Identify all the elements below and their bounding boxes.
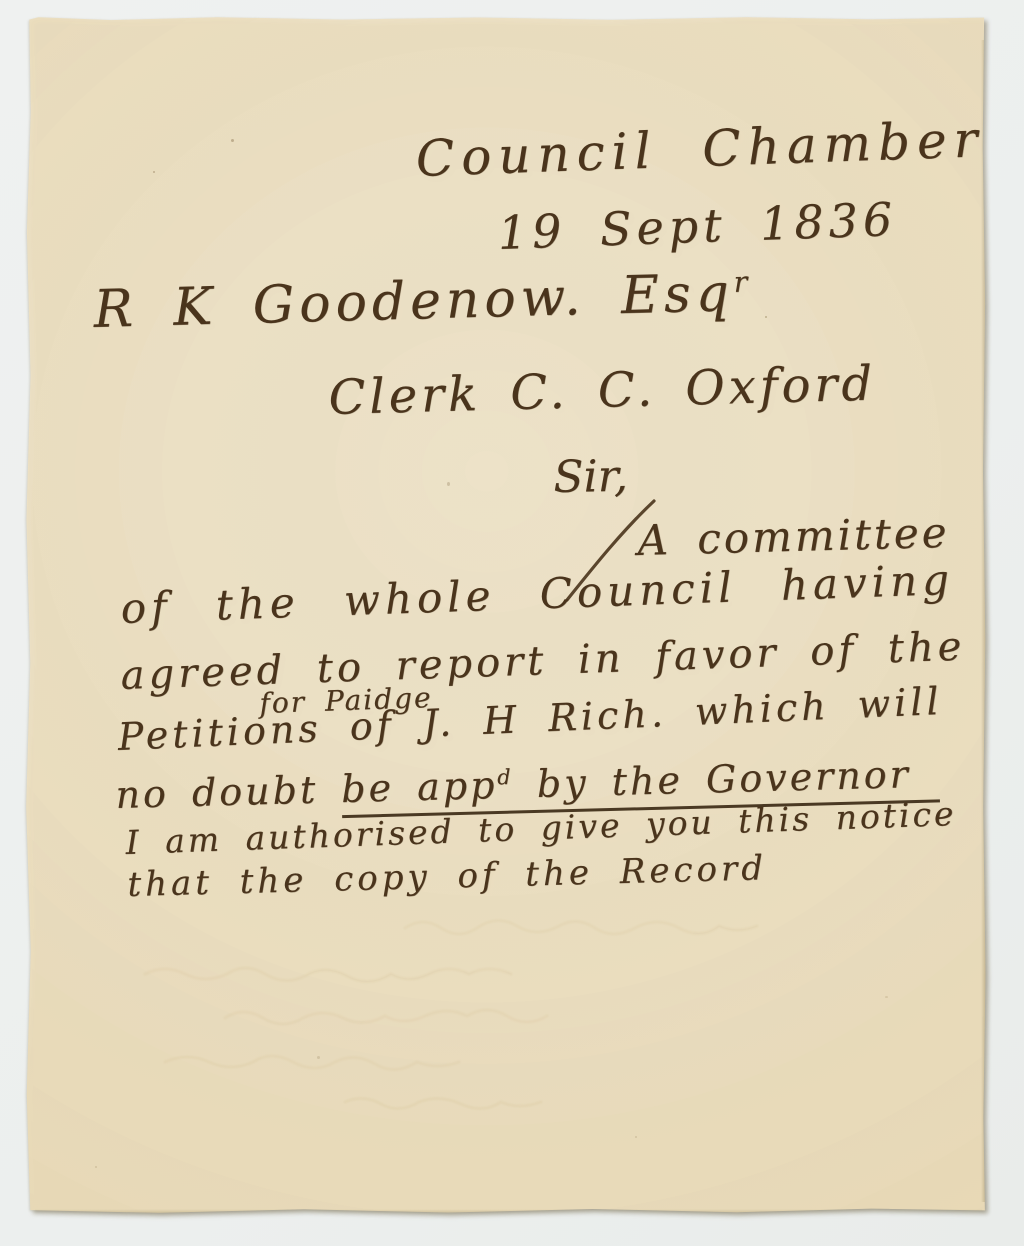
paper-edge-shadow-right	[981, 40, 987, 1202]
ink-speck	[231, 139, 234, 142]
ink-speck	[95, 1166, 97, 1168]
paper-edge-shadow-bottom	[35, 1209, 983, 1214]
ink-speck	[635, 1136, 637, 1138]
paper-sheet-wrapper: Council Chamber 19 Sept 1836 R K Goodeno…	[25, 16, 987, 1214]
ink-speck	[317, 1056, 320, 1059]
verso-bleedthrough-marks	[25, 16, 987, 1214]
ink-speck	[447, 482, 450, 486]
ink-speck	[153, 171, 155, 173]
ink-speck	[885, 996, 888, 998]
scanned-letter-page: Council Chamber 19 Sept 1836 R K Goodeno…	[0, 0, 1024, 1246]
ink-speck	[765, 316, 767, 318]
paper-sheet: Council Chamber 19 Sept 1836 R K Goodeno…	[25, 16, 987, 1214]
